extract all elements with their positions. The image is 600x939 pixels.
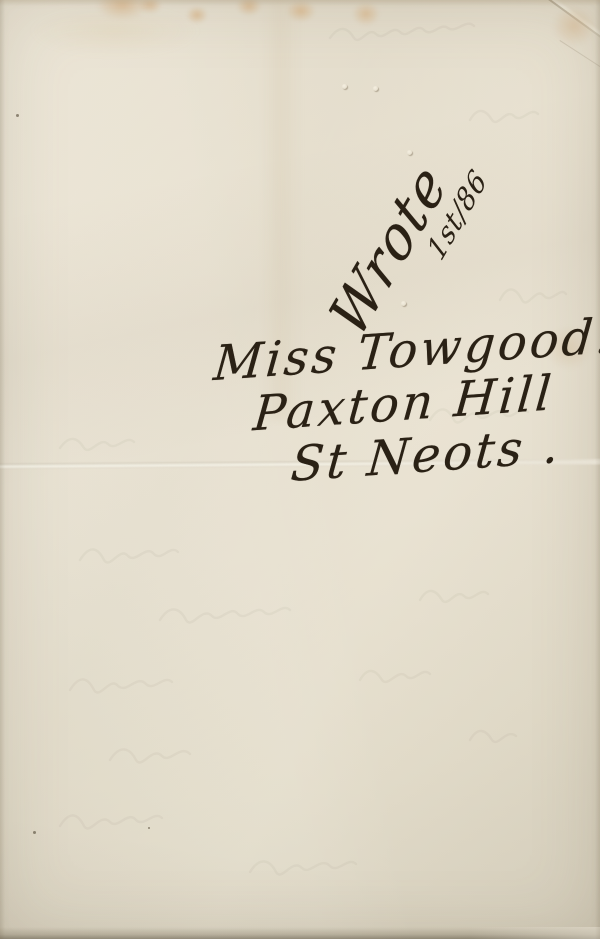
paper-speck (148, 827, 150, 829)
pinhole (373, 86, 378, 91)
top-right-corner-crease (545, 0, 600, 43)
paper-speck (33, 831, 36, 834)
top-right-corner-crease-secondary (559, 40, 600, 74)
letter-page: Wrote 1st/86 Miss Towgood. Paxton Hill S… (0, 0, 600, 939)
address-block: Miss Towgood. Paxton Hill St Neots . (212, 310, 600, 497)
paper-edge-left (0, 0, 5, 939)
pinhole (342, 84, 347, 89)
paper-speck (16, 114, 19, 117)
foxing-stain (186, 6, 208, 24)
paper-edge-bottom (0, 927, 600, 939)
foxing-stain (30, 6, 200, 56)
paper-edge-top (0, 0, 600, 6)
paper-edge-right (595, 0, 600, 939)
